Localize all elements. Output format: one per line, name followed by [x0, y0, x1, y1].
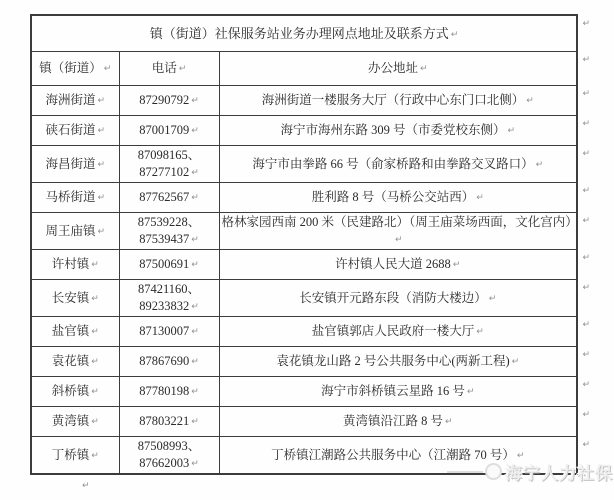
- paragraph-mark-icon: ↵: [191, 357, 199, 367]
- address-cell: 袁花镇龙山路 2 号公共服务中心(两新工程)↵↵: [219, 347, 577, 377]
- office-address: 长安镇开元路东段（消防大楼边）: [299, 291, 487, 305]
- paragraph-mark-icon: ↵: [191, 96, 199, 106]
- row-end-mark-icon: ↵: [582, 379, 590, 391]
- paragraph-mark-icon: ↵: [82, 481, 90, 491]
- paragraph-mark-icon: ↵: [97, 160, 105, 170]
- phone-cell: 87500691↵: [119, 250, 219, 280]
- town-name: 黄湾镇: [52, 414, 90, 428]
- paragraph-mark-icon: ↵: [191, 168, 199, 178]
- table-row: 盐官镇↵ 87130007↵ 盐官镇郭店人民政府一楼大厅↵↵: [31, 317, 577, 347]
- table-header-row: 镇（街道）↵ 电话↵ 办公地址↵↵: [31, 52, 577, 86]
- office-address: 黄湾镇沿江路 8 号: [343, 414, 443, 428]
- town-cell: 盐官镇↵: [31, 317, 119, 347]
- phone-cell: 87098165、 87277102↵: [119, 146, 219, 183]
- table-title-cell: 镇（街道）社保服务站业务办理网点地址及联系方式↵ ↵: [31, 15, 577, 52]
- header-address-label: 办公地址: [368, 61, 418, 75]
- watermark-line: [447, 471, 483, 473]
- address-cell: 长安镇开元路东段（消防大楼边）↵↵: [219, 280, 577, 317]
- row-end-mark-icon: ↵: [582, 409, 590, 421]
- row-end-mark-icon: ↵: [582, 54, 590, 66]
- paragraph-mark-icon: ↵: [191, 260, 199, 270]
- paragraph-mark-icon: ↵: [91, 387, 99, 397]
- address-cell: 黄湾镇沿江路 8 号↵↵: [219, 407, 577, 437]
- office-address: 许村镇人民大道 2688: [335, 257, 451, 271]
- town-cell: 马桥街道↵: [31, 183, 119, 213]
- office-address: 海宁市斜桥镇云星路 16 号: [321, 384, 465, 398]
- address-cell: 海宁市海州东路 309 号（市委党校东侧）↵↵: [219, 116, 577, 146]
- row-end-mark-icon: ↵: [582, 118, 590, 130]
- row-end-mark-icon: ↵: [582, 319, 590, 331]
- table-row: 周王庙镇↵ 87539228、 87539437↵ 格林家园西南 200 米（民…: [31, 213, 577, 250]
- paragraph-mark-icon: ↵: [507, 126, 515, 136]
- office-address: 格林家园西南 200 米（民建路北）（周王庙菜场西面，文化宫内）: [222, 215, 578, 229]
- paragraph-mark-icon: ↵: [97, 126, 105, 136]
- phone-cell: 87508993、 87662003↵: [119, 437, 219, 475]
- town-name: 海洲街道: [45, 93, 95, 107]
- paragraph-mark-icon: ↵: [91, 417, 99, 427]
- address-cell: 许村镇人民大道 2688↵↵: [219, 250, 577, 280]
- paragraph-mark-icon: ↵: [91, 260, 99, 270]
- town-name: 周王庙镇: [45, 224, 95, 238]
- table-row: 长安镇↵ 87421160、 89233832↵ 长安镇开元路东段（消防大楼边）…: [31, 280, 577, 317]
- phone-cell: 87867690↵: [119, 347, 219, 377]
- paragraph-mark-icon: ↵: [91, 357, 99, 367]
- town-name: 许村镇: [52, 257, 90, 271]
- paragraph-mark-icon: ↵: [191, 235, 199, 245]
- office-address: 海宁市由拳路 66 号（俞家桥路和由拳路交叉路口）: [252, 157, 533, 171]
- town-cell: 长安镇↵: [31, 280, 119, 317]
- paragraph-mark-icon: ↵: [467, 387, 475, 397]
- table-row: 海昌街道↵ 87098165、 87277102↵ 海宁市由拳路 66 号（俞家…: [31, 146, 577, 183]
- paragraph-mark-icon: ↵: [191, 327, 199, 337]
- row-end-mark-icon: ↵: [582, 88, 590, 100]
- phone-cell: 87130007↵: [119, 317, 219, 347]
- phone-number: 87867690: [139, 354, 189, 368]
- town-name: 马桥街道: [45, 190, 95, 204]
- phone-number: 87780198: [139, 384, 189, 398]
- address-cell: 胜利路 8 号（马桥公交站西）↵↵: [219, 183, 577, 213]
- town-cell: 海洲街道↵: [31, 86, 119, 116]
- phone-cell: 87539228、 87539437↵: [119, 213, 219, 250]
- paragraph-mark-icon: ↵: [536, 160, 544, 170]
- town-cell: 黄湾镇↵: [31, 407, 119, 437]
- phone-cell: 87803221↵: [119, 407, 219, 437]
- header-town-label: 镇（街道）: [39, 61, 102, 75]
- header-phone-label: 电话: [152, 61, 177, 75]
- town-cell: 袁花镇↵: [31, 347, 119, 377]
- table-row: 海洲街道↵ 87290792↵ 海洲街道一楼服务大厅（行政中心东门口北侧）↵↵: [31, 86, 577, 116]
- document-page: { "marks": { "pilcrow": "↵" }, "table": …: [0, 0, 614, 500]
- paragraph-mark-icon: ↵: [104, 64, 112, 74]
- paragraph-mark-icon: ↵: [91, 294, 99, 304]
- paragraph-mark-icon: ↵: [91, 327, 99, 337]
- paragraph-mark-icon: ↵: [476, 327, 484, 337]
- row-end-mark-icon: ↵: [582, 282, 590, 294]
- paragraph-mark-icon: ↵: [489, 294, 497, 304]
- row-end-mark-icon: ↵: [582, 252, 590, 264]
- table-row: 许村镇↵ 87500691↵ 许村镇人民大道 2688↵↵: [31, 250, 577, 280]
- town-cell: 周王庙镇↵: [31, 213, 119, 250]
- row-end-mark-icon: ↵: [582, 439, 590, 451]
- town-name: 长安镇: [52, 291, 90, 305]
- phone-number: 87803221: [139, 414, 189, 428]
- paragraph-mark-icon: ↵: [445, 417, 453, 427]
- office-address: 胜利路 8 号（马桥公交站西）: [312, 190, 475, 204]
- paragraph-mark-icon: ↵: [191, 193, 199, 203]
- town-cell: 许村镇↵: [31, 250, 119, 280]
- phone-number: 87290792: [139, 93, 189, 107]
- phone-cell: 87421160、 89233832↵: [119, 280, 219, 317]
- paragraph-mark-icon: ↵: [526, 96, 534, 106]
- paragraph-mark-icon: ↵: [191, 126, 199, 136]
- paragraph-mark-icon: ↵: [512, 357, 520, 367]
- row-end-mark-icon: ↵: [582, 349, 590, 361]
- phone-number: 87500691: [139, 257, 189, 271]
- sscenter-contact-table: 镇（街道）社保服务站业务办理网点地址及联系方式↵ ↵ 镇（街道）↵ 电话↵ 办公…: [30, 14, 578, 475]
- paragraph-mark-icon: ↵: [97, 227, 105, 237]
- paragraph-mark-icon: ↵: [97, 193, 105, 203]
- paragraph-mark-icon: ↵: [453, 260, 461, 270]
- address-cell: 格林家园西南 200 米（民建路北）（周王庙菜场西面，文化宫内）↵↵: [219, 213, 577, 250]
- address-cell: 海宁市斜桥镇云星路 16 号↵↵: [219, 377, 577, 407]
- paragraph-mark-icon: ↵: [395, 235, 403, 245]
- address-cell: 海洲街道一楼服务大厅（行政中心东门口北侧）↵↵: [219, 86, 577, 116]
- paragraph-mark-icon: ↵: [179, 64, 187, 74]
- table-row: 袁花镇↵ 87867690↵ 袁花镇龙山路 2 号公共服务中心(两新工程)↵↵: [31, 347, 577, 377]
- table-title-row: 镇（街道）社保服务站业务办理网点地址及联系方式↵ ↵: [31, 15, 577, 52]
- office-address: 盐官镇郭店人民政府一楼大厅: [312, 324, 475, 338]
- office-address: 海宁市海州东路 309 号（市委党校东侧）: [280, 123, 505, 137]
- watermark-logo-icon: [485, 463, 502, 480]
- paragraph-mark-icon: ↵: [191, 387, 199, 397]
- row-end-mark-icon: ↵: [582, 148, 590, 160]
- phone-number: 87762567: [139, 190, 189, 204]
- office-address: 海洲街道一楼服务大厅（行政中心东门口北侧）: [262, 93, 525, 107]
- header-town: 镇（街道）↵: [31, 52, 119, 86]
- paragraph-mark-icon: ↵: [451, 30, 459, 40]
- paragraph-mark-icon: ↵: [91, 451, 99, 461]
- town-cell: 硖石街道↵: [31, 116, 119, 146]
- town-cell: 海昌街道↵: [31, 146, 119, 183]
- phone-number: 87001709: [139, 123, 189, 137]
- phone-cell: 87780198↵: [119, 377, 219, 407]
- town-name: 丁桥镇: [52, 448, 90, 462]
- phone-cell: 87001709↵: [119, 116, 219, 146]
- paragraph-mark-icon: ↵: [97, 96, 105, 106]
- town-cell: 丁桥镇↵: [31, 437, 119, 475]
- paragraph-mark-icon: ↵: [420, 64, 428, 74]
- row-end-mark-icon: ↵: [582, 215, 590, 227]
- table-row: 马桥街道↵ 87762567↵ 胜利路 8 号（马桥公交站西）↵↵: [31, 183, 577, 213]
- paragraph-mark-icon: ↵: [191, 302, 199, 312]
- row-end-mark-icon: ↵: [582, 185, 590, 197]
- town-name: 硖石街道: [45, 123, 95, 137]
- town-name: 海昌街道: [45, 157, 95, 171]
- address-cell: 海宁市由拳路 66 号（俞家桥路和由拳路交叉路口）↵↵: [219, 146, 577, 183]
- header-phone: 电话↵: [119, 52, 219, 86]
- phone-cell: 87290792↵: [119, 86, 219, 116]
- town-cell: 斜桥镇↵: [31, 377, 119, 407]
- phone-number: 87130007: [139, 324, 189, 338]
- header-address: 办公地址↵↵: [219, 52, 577, 86]
- phone-cell: 87762567↵: [119, 183, 219, 213]
- watermark-text: 海宁人力社保: [505, 459, 613, 484]
- town-name: 盐官镇: [52, 324, 90, 338]
- table-title: 镇（街道）社保服务站业务办理网点地址及联系方式: [150, 26, 449, 41]
- town-name: 袁花镇: [52, 354, 90, 368]
- table-row: 硖石街道↵ 87001709↵ 海宁市海州东路 309 号（市委党校东侧）↵↵: [31, 116, 577, 146]
- paragraph-mark-icon: ↵: [476, 193, 484, 203]
- table-row: 黄湾镇↵ 87803221↵ 黄湾镇沿江路 8 号↵↵: [31, 407, 577, 437]
- table-row: 斜桥镇↵ 87780198↵ 海宁市斜桥镇云星路 16 号↵↵: [31, 377, 577, 407]
- paragraph-mark-icon: ↵: [191, 459, 199, 469]
- address-cell: 盐官镇郭店人民政府一楼大厅↵↵: [219, 317, 577, 347]
- paragraph-mark-icon: ↵: [191, 417, 199, 427]
- row-end-mark-icon: ↵: [582, 18, 590, 30]
- watermark: 海宁人力社保: [447, 459, 613, 484]
- town-name: 斜桥镇: [52, 384, 90, 398]
- office-address: 袁花镇龙山路 2 号公共服务中心(两新工程): [276, 354, 509, 368]
